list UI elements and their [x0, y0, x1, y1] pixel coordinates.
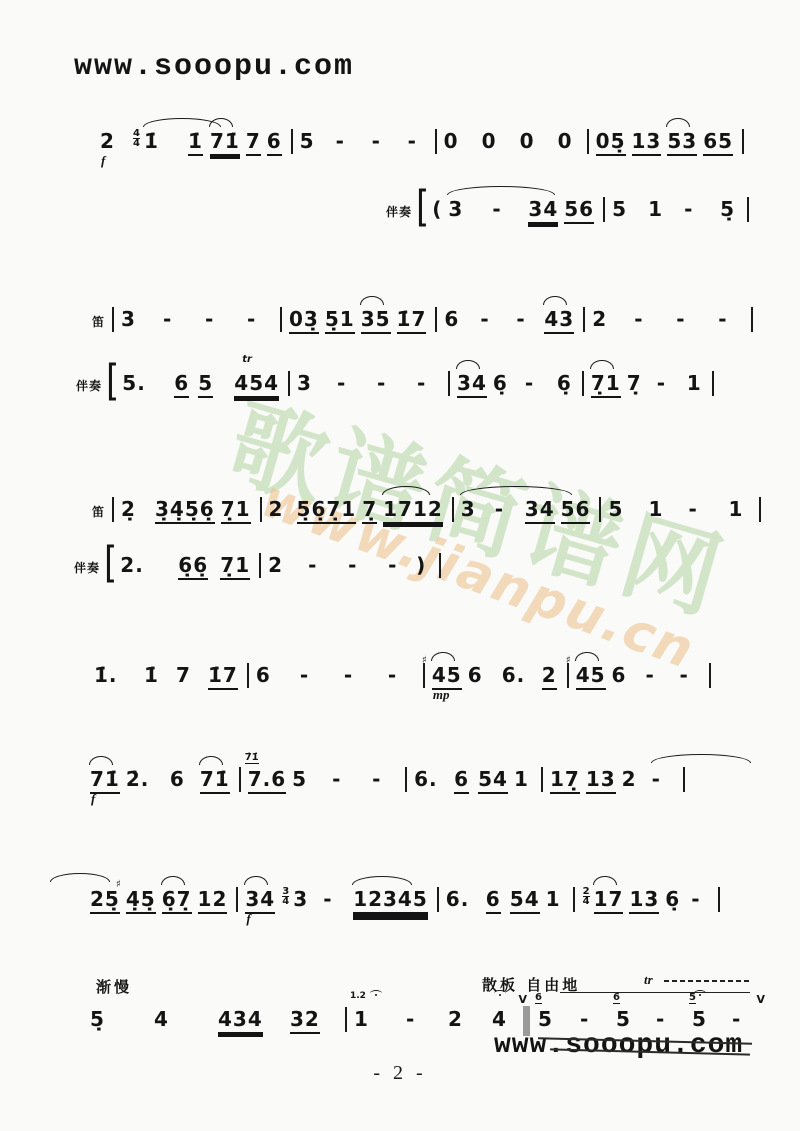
note-digits: 5 — [692, 1006, 707, 1032]
note-digits: 13 — [632, 128, 662, 154]
note-digits: 7̣1 — [220, 552, 250, 578]
note-cell: 6 — [267, 128, 282, 154]
note-digits: 6 — [612, 662, 627, 688]
note-digits: 34 — [525, 496, 555, 522]
note-digits: 12345 — [353, 886, 428, 912]
note-cell: 3 — [297, 370, 331, 396]
dash-cell: - — [691, 886, 709, 912]
extension-line — [550, 1048, 750, 1055]
note-cell: 4V — [492, 1006, 514, 1032]
note-digits: 5 — [616, 1006, 631, 1032]
note-cell: 0 — [482, 128, 514, 154]
note-digits: - — [676, 306, 685, 332]
note-digits: 6̣ — [557, 370, 572, 396]
note-digits: 6 — [444, 306, 459, 332]
note-digits: 0 — [558, 128, 573, 154]
barline — [260, 497, 262, 522]
dash-cell: - — [372, 766, 396, 792]
barline — [718, 887, 720, 912]
dash-cell: - — [676, 306, 712, 332]
note-digits: - — [718, 306, 727, 332]
note-digits: - — [417, 370, 426, 396]
note-cell: 17 — [594, 886, 624, 912]
note-digits: - — [163, 306, 172, 332]
note-digits: 7.6 — [248, 766, 286, 792]
note-digits: 54 — [478, 766, 508, 792]
note-cell: 3 — [121, 306, 157, 332]
dash-cell: - — [332, 766, 366, 792]
note-digits: - — [492, 196, 501, 222]
note-cell: 6̣ — [557, 370, 573, 396]
note-digits: 05̣ — [596, 128, 626, 154]
note-digits: - — [332, 766, 341, 792]
note-digits: - — [480, 306, 489, 332]
note-cell: 5̣1 — [325, 306, 355, 332]
note-digits: 5̣ — [720, 196, 735, 222]
score-line-9: 25̣4̣5̣♯6̣7̣1234f343-123456.65412417136̣… — [90, 886, 727, 912]
trill-label: tr — [644, 972, 653, 988]
note-digits: 6. — [414, 766, 438, 792]
note-digits: 1̇ — [188, 128, 203, 154]
note-digits: 5 — [300, 128, 315, 154]
meter-numerator: 2 — [583, 887, 590, 896]
dash-cell: - — [388, 662, 414, 688]
note-digits: 4 — [154, 1006, 169, 1032]
note-cell: 1 — [514, 766, 532, 792]
note-cell: 5 — [198, 370, 228, 396]
note-digits: - — [652, 766, 661, 792]
note-digits: - — [336, 128, 345, 154]
note-digits: - — [634, 306, 643, 332]
barline — [439, 553, 441, 578]
note-cell: 11.2 — [354, 1006, 400, 1032]
note-digits: 17 — [594, 886, 624, 912]
note-cell: 3̣4̣5̣6̣ — [155, 496, 215, 522]
note-cell: 1̇7 — [397, 306, 427, 332]
dash-cell: - — [372, 128, 402, 154]
sharp-sign: ♯ — [422, 655, 427, 666]
note-digits: 6. — [446, 886, 470, 912]
grace-note: 6 — [613, 992, 620, 1004]
note-cell: 2 — [268, 552, 302, 578]
barline — [603, 197, 605, 222]
score-line-7: 1̇.1̇71̇76---45♯mp66.245♯6-- — [94, 662, 718, 688]
score-line-2: 伴奏[(3-345651-5̣ — [386, 196, 756, 222]
grace-note: 7̇1̇ — [245, 752, 259, 764]
note-cell: 13 — [586, 766, 616, 792]
note-cell: 4 — [154, 1006, 212, 1032]
sheet-music-page: www.sooopu.com 歌谱简谱网 www.jianpu.cn 2f441… — [0, 0, 800, 1131]
note-cell: 1 — [687, 370, 703, 396]
note-digits: 34 — [528, 196, 558, 222]
note-digits: 6̣ — [665, 886, 680, 912]
meter-numerator: 4 — [133, 129, 140, 138]
note-cell: 45♯ — [576, 662, 606, 688]
dash-cell: - — [718, 306, 742, 332]
note-cell: 56 — [616, 1006, 650, 1032]
part-label: 笛 — [92, 503, 105, 520]
note-digits: 45 — [432, 662, 462, 688]
note-digits: 34 — [457, 370, 487, 396]
note-cell: 7̣ — [362, 496, 377, 522]
note-digits: - — [247, 306, 256, 332]
note-cell: 17̣ — [550, 766, 580, 792]
note-cell: 1 — [546, 886, 564, 912]
barline — [683, 767, 685, 792]
dash-cell: - — [336, 128, 366, 154]
note-cell: 34 — [525, 496, 555, 522]
note-digits: 4 — [492, 1006, 507, 1032]
note-cell: 3 — [293, 886, 317, 912]
note-digits: 3 — [293, 886, 308, 912]
note-digits: - — [680, 662, 689, 688]
note-digits: 71̇ — [200, 766, 230, 792]
barline — [452, 497, 454, 522]
note-cell: 0 — [444, 128, 476, 154]
slur-arc — [352, 876, 412, 885]
dash-cell: - — [516, 306, 538, 332]
note-cell: 7 — [176, 662, 202, 688]
note-cell: 56 — [564, 196, 594, 222]
system-brace: [ — [416, 188, 429, 226]
time-signature: 34 — [282, 887, 289, 906]
note-digits: 0 — [520, 128, 535, 154]
note-cell: 7̣1 — [220, 552, 250, 578]
note-digits: 7 — [246, 128, 261, 154]
note-digits: - — [580, 1006, 589, 1032]
note-cell: 1712 — [383, 496, 443, 522]
system-brace: [ — [106, 362, 119, 400]
barline — [423, 663, 425, 688]
note-digits: - — [408, 128, 417, 154]
barline — [742, 129, 744, 154]
note-digits: 03̣ — [289, 306, 319, 332]
part-label: 笛 — [92, 313, 105, 330]
note-digits: - — [656, 1006, 665, 1032]
note-digits: 56 — [561, 496, 591, 522]
note-digits: - — [732, 1006, 741, 1032]
dash-cell: - — [205, 306, 241, 332]
note-digits: 34 — [245, 886, 275, 912]
note-digits: 71̇ — [210, 128, 240, 154]
note-cell: 5 — [608, 496, 642, 522]
note-digits: 1 — [728, 496, 743, 522]
note-cell: ) — [416, 552, 430, 578]
barline — [587, 129, 589, 154]
note-digits: 13 — [586, 766, 616, 792]
note-digits: 1̇. — [94, 662, 118, 688]
note-cell: 2 — [269, 496, 291, 522]
note-digits: 1̇ — [144, 128, 159, 154]
note-cell: 32 — [290, 1006, 336, 1032]
note-digits: ( — [432, 196, 442, 222]
note-cell: 53 — [667, 128, 697, 154]
note-cell: 13 — [632, 128, 662, 154]
note-cell: 3 — [448, 196, 486, 222]
barline — [435, 129, 437, 154]
dash-cell: - — [348, 552, 382, 578]
slur-arc — [590, 360, 614, 369]
note-cell: 1̇7 — [208, 662, 238, 688]
note-digits: 4̣5̣ — [126, 886, 156, 912]
note-cell: 3 — [461, 496, 489, 522]
slur-arc — [456, 360, 480, 369]
slur-arc — [199, 756, 223, 765]
note-digits: 56 — [564, 196, 594, 222]
dash-cell: - — [646, 662, 674, 688]
dash-cell: - — [688, 496, 722, 522]
note-cell: 6 — [468, 662, 496, 688]
note-cell: 1 — [728, 496, 750, 522]
note-digits: 5̣ — [90, 1006, 105, 1032]
note-digits: - — [377, 370, 386, 396]
slur-arc — [382, 486, 430, 495]
note-digits: 434 — [218, 1006, 263, 1032]
note-digits: 6̣6̣ — [178, 552, 208, 578]
slur-arc — [575, 652, 599, 661]
note-digits: - — [495, 496, 504, 522]
note-digits: 5 — [608, 496, 623, 522]
note-digits: - — [688, 496, 697, 522]
note-digits: 5 — [538, 1006, 553, 1032]
dash-cell: - — [417, 370, 439, 396]
slur-arc — [431, 652, 455, 661]
note-digits: 12 — [198, 886, 228, 912]
dash-cell: - — [657, 370, 681, 396]
note-cell: 45♯mp — [432, 662, 462, 688]
dash-cell: -V — [732, 1006, 752, 1032]
note-digits: 2 — [622, 766, 637, 792]
note-digits: 1712 — [383, 496, 443, 522]
note-cell: 71̇f — [90, 766, 120, 792]
score-line-6: 伴奏[2.6̣6̣7̣12---) — [74, 552, 448, 578]
note-digits: - — [388, 552, 397, 578]
dash-cell: - — [163, 306, 199, 332]
note-cell: 2 — [542, 662, 558, 688]
note-digits: 17̣ — [550, 766, 580, 792]
note-digits: 3̣4̣5̣6̣ — [155, 496, 215, 522]
note-cell: 2 — [592, 306, 628, 332]
note-cell: 6 — [174, 370, 192, 396]
barline — [239, 767, 241, 792]
dash-cell: - — [247, 306, 271, 332]
barline — [236, 887, 238, 912]
barline — [712, 371, 714, 396]
note-cell: 7.67̇1̇ — [248, 766, 286, 792]
note-digits: 13 — [629, 886, 659, 912]
part-label: 伴奏 — [386, 203, 412, 220]
note-digits: 6 — [174, 370, 189, 396]
note-cell: 5̣6̣7̣1 — [297, 496, 357, 522]
dash-cell: - — [680, 662, 700, 688]
note-cell: 7̣ — [627, 370, 651, 396]
note-cell: 7̣1 — [591, 370, 621, 396]
note-cell: 6. — [502, 662, 536, 688]
note-digits: 5̣1 — [325, 306, 355, 332]
note-digits: - — [406, 1006, 415, 1032]
meter-denominator: 4 — [282, 896, 289, 906]
note-digits: 1 — [514, 766, 529, 792]
score-area: 2f441̇1̇71̇765---000005̣135365伴奏[(3-3456… — [0, 0, 800, 1131]
note-cell: 1̇ — [144, 128, 182, 154]
barline — [280, 307, 282, 332]
note-digits: 5 — [292, 766, 307, 792]
barline — [112, 307, 114, 332]
note-digits: 7̣ — [362, 496, 377, 522]
note-digits: 54 — [510, 886, 540, 912]
note-digits: 2. — [120, 552, 144, 578]
note-cell: 55 — [692, 1006, 726, 1032]
dash-cell: - — [300, 662, 338, 688]
extension-line — [538, 1037, 752, 1045]
note-digits: 1̇7 — [397, 306, 427, 332]
note-cell: 2̇. — [126, 766, 164, 792]
dash-cell: - — [634, 306, 670, 332]
note-cell: 34 — [528, 196, 558, 222]
note-cell: 6 — [486, 886, 504, 912]
barline — [567, 663, 569, 688]
score-line-8: 71̇f2̇.671̇7.67̇1̇5--6.654117̣132- — [90, 766, 692, 792]
breath-mark: V — [756, 993, 765, 1006]
barline — [435, 307, 437, 332]
note-cell: 34f — [245, 886, 275, 912]
note-digits: 53 — [667, 128, 697, 154]
dash-cell: - — [323, 886, 347, 912]
note-digits: - — [691, 886, 700, 912]
note-cell: 6 — [170, 766, 194, 792]
barline — [582, 371, 584, 396]
slur-arc — [209, 118, 233, 127]
barline — [709, 663, 711, 688]
note-cell: 6̣7̣ — [162, 886, 192, 912]
note-cell: 1̇ — [144, 662, 170, 688]
note-digits: 45 — [576, 662, 606, 688]
note-cell: 6̣ — [493, 370, 519, 396]
score-line-4: 伴奏[5.65454tr3---346̣-6̣7̣17̣-1 — [76, 370, 721, 396]
note-cell: 12345 — [353, 886, 428, 912]
note-cell: 43 — [544, 306, 574, 332]
note-cell: 1̇. — [94, 662, 138, 688]
dash-cell: - — [684, 196, 714, 222]
note-digits: - — [516, 306, 525, 332]
note-digits: 3 — [121, 306, 136, 332]
trill-wave-line — [664, 980, 750, 982]
note-cell: 5 — [612, 196, 642, 222]
barline — [437, 887, 439, 912]
dash-cell: - — [377, 370, 411, 396]
note-digits: 6. — [502, 662, 526, 688]
note-digits: - — [205, 306, 214, 332]
note-digits: 6 — [486, 886, 501, 912]
barline — [541, 767, 543, 792]
note-cell: ( — [432, 196, 442, 222]
dynamic-mark: mp — [433, 687, 450, 703]
barline — [747, 197, 749, 222]
note-digits: - — [525, 370, 534, 396]
dash-cell: - — [308, 552, 342, 578]
note-digits: 0 — [444, 128, 459, 154]
dash-cell: - — [656, 1006, 686, 1032]
note-digits: 7 — [176, 662, 191, 688]
note-cell: 5 — [300, 128, 330, 154]
barline — [448, 371, 450, 396]
note-cell: 6. — [414, 766, 448, 792]
note-digits: 7̣ — [627, 370, 642, 396]
note-digits: 6 — [170, 766, 185, 792]
note-cell: 5̣ — [720, 196, 738, 222]
note-digits: 32 — [290, 1006, 320, 1032]
tie-arc — [651, 754, 751, 763]
note-digits: - — [337, 370, 346, 396]
note-cell: 1 — [648, 496, 682, 522]
ending-number: 1.2 — [350, 991, 366, 1001]
system-brace: [ — [104, 544, 117, 582]
slur-arc — [244, 876, 268, 885]
note-digits: 3 — [448, 196, 463, 222]
note-cell: 6 — [444, 306, 474, 332]
time-signature: 44 — [133, 129, 140, 148]
note-digits: 5 — [612, 196, 627, 222]
dash-cell: - — [492, 196, 522, 222]
barline — [291, 129, 293, 154]
note-digits: - — [344, 662, 353, 688]
note-digits: - — [300, 662, 309, 688]
note-cell: 6 — [454, 766, 472, 792]
note-cell: 6 — [612, 662, 640, 688]
note-cell: 2 — [448, 1006, 486, 1032]
meter-numerator: 3 — [282, 887, 289, 896]
dynamic-mark: f — [91, 791, 95, 807]
part-label: 伴奏 — [74, 559, 100, 576]
slur-arc — [89, 756, 113, 765]
barline — [112, 497, 114, 522]
note-digits: 1 — [354, 1006, 369, 1032]
note-digits: - — [323, 886, 332, 912]
note-cell: 35 — [361, 306, 391, 332]
note-digits: 6̣ — [493, 370, 508, 396]
note-cell: 71̇ — [200, 766, 230, 792]
note-digits: 1 — [546, 886, 561, 912]
slur-arc — [460, 486, 572, 495]
note-cell: 454tr — [234, 370, 279, 396]
note-digits: 1 — [687, 370, 702, 396]
section-barline — [523, 1006, 530, 1036]
note-cell: 65 — [703, 128, 733, 154]
barline — [288, 371, 290, 396]
note-cell: 54 — [478, 766, 508, 792]
note-digits: 43 — [544, 306, 574, 332]
note-cell: 34 — [457, 370, 487, 396]
note-digits: 7̣1 — [591, 370, 621, 396]
note-digits: 1̇ — [144, 662, 159, 688]
note-cell: 1̇ — [188, 128, 204, 154]
note-digits: 2 — [100, 128, 115, 154]
note-digits: 6 — [256, 662, 271, 688]
note-cell: 0 — [520, 128, 552, 154]
note-cell: 434 — [218, 1006, 284, 1032]
note-digits: 6̣7̣ — [162, 886, 192, 912]
note-cell: 2f — [100, 128, 126, 154]
note-cell: 2̣ — [121, 496, 149, 522]
note-digits: 6 — [454, 766, 469, 792]
note-digits: 5. — [122, 370, 146, 396]
slur-arc — [593, 876, 617, 885]
note-digits: 3 — [297, 370, 312, 396]
sharp-sign: ♯ — [116, 879, 121, 890]
note-cell: 6̣6̣ — [178, 552, 214, 578]
score-line-10: 5̣44343211.2-24V56-56-55-V — [90, 1006, 758, 1036]
dash-cell: - — [580, 1006, 610, 1032]
